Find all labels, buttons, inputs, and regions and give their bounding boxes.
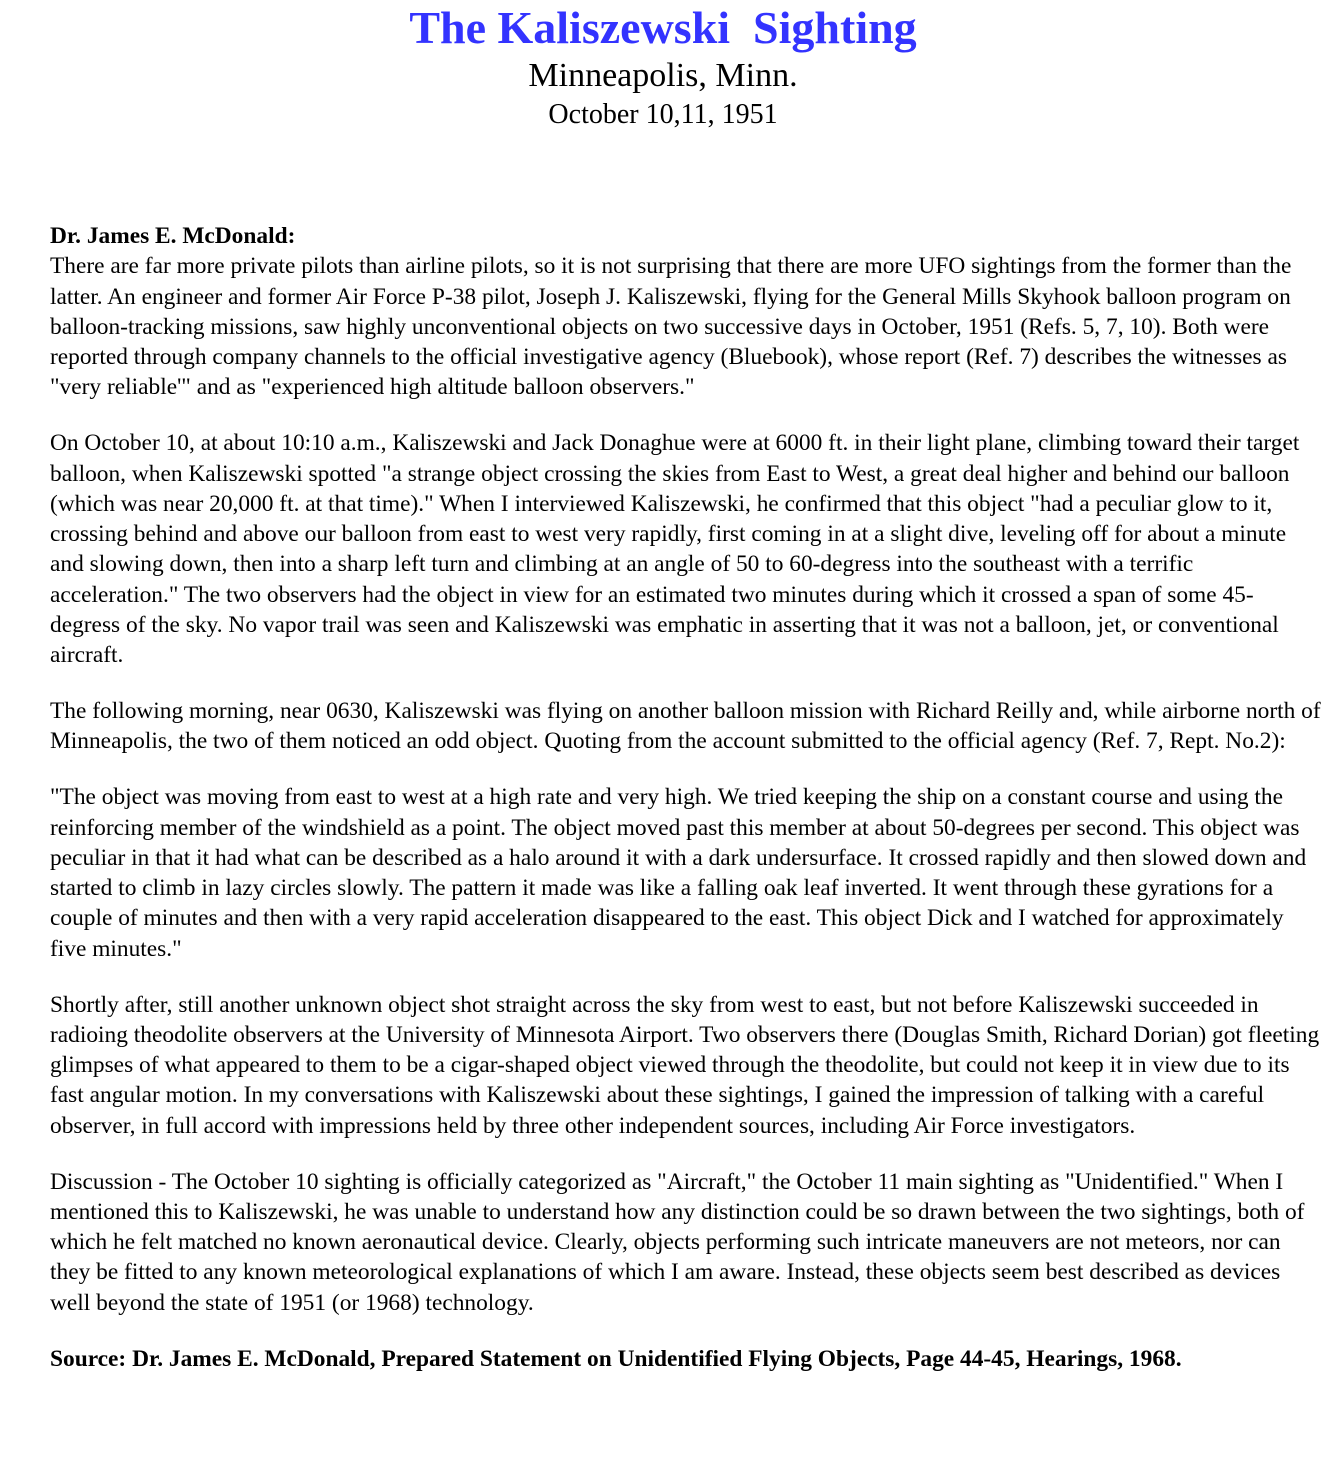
page-title: The Kaliszewski Sighting [0, 2, 1326, 54]
article-body: Dr. James E. McDonald: There are far mor… [50, 221, 1322, 1374]
paragraph-quoted-account: "The object was moving from east to west… [50, 782, 1322, 964]
source-citation: Source: Dr. James E. McDonald, Prepared … [50, 1344, 1322, 1374]
author-label: Dr. James E. McDonald: [50, 221, 1322, 251]
paragraph-october-10: On October 10, at about 10:10 a.m., Kali… [50, 428, 1322, 670]
paragraph-october-11: The following morning, near 0630, Kalisz… [50, 696, 1322, 757]
paragraph-discussion: Discussion - The October 10 sighting is … [50, 1167, 1322, 1318]
paragraph-theodolite: Shortly after, still another unknown obj… [50, 990, 1322, 1141]
location-subtitle: Minneapolis, Minn. [0, 56, 1326, 96]
page-header: The Kaliszewski Sighting Minneapolis, Mi… [0, 0, 1326, 132]
paragraph-intro: There are far more private pilots than a… [50, 251, 1322, 402]
date-subtitle: October 10,11, 1951 [0, 98, 1326, 132]
